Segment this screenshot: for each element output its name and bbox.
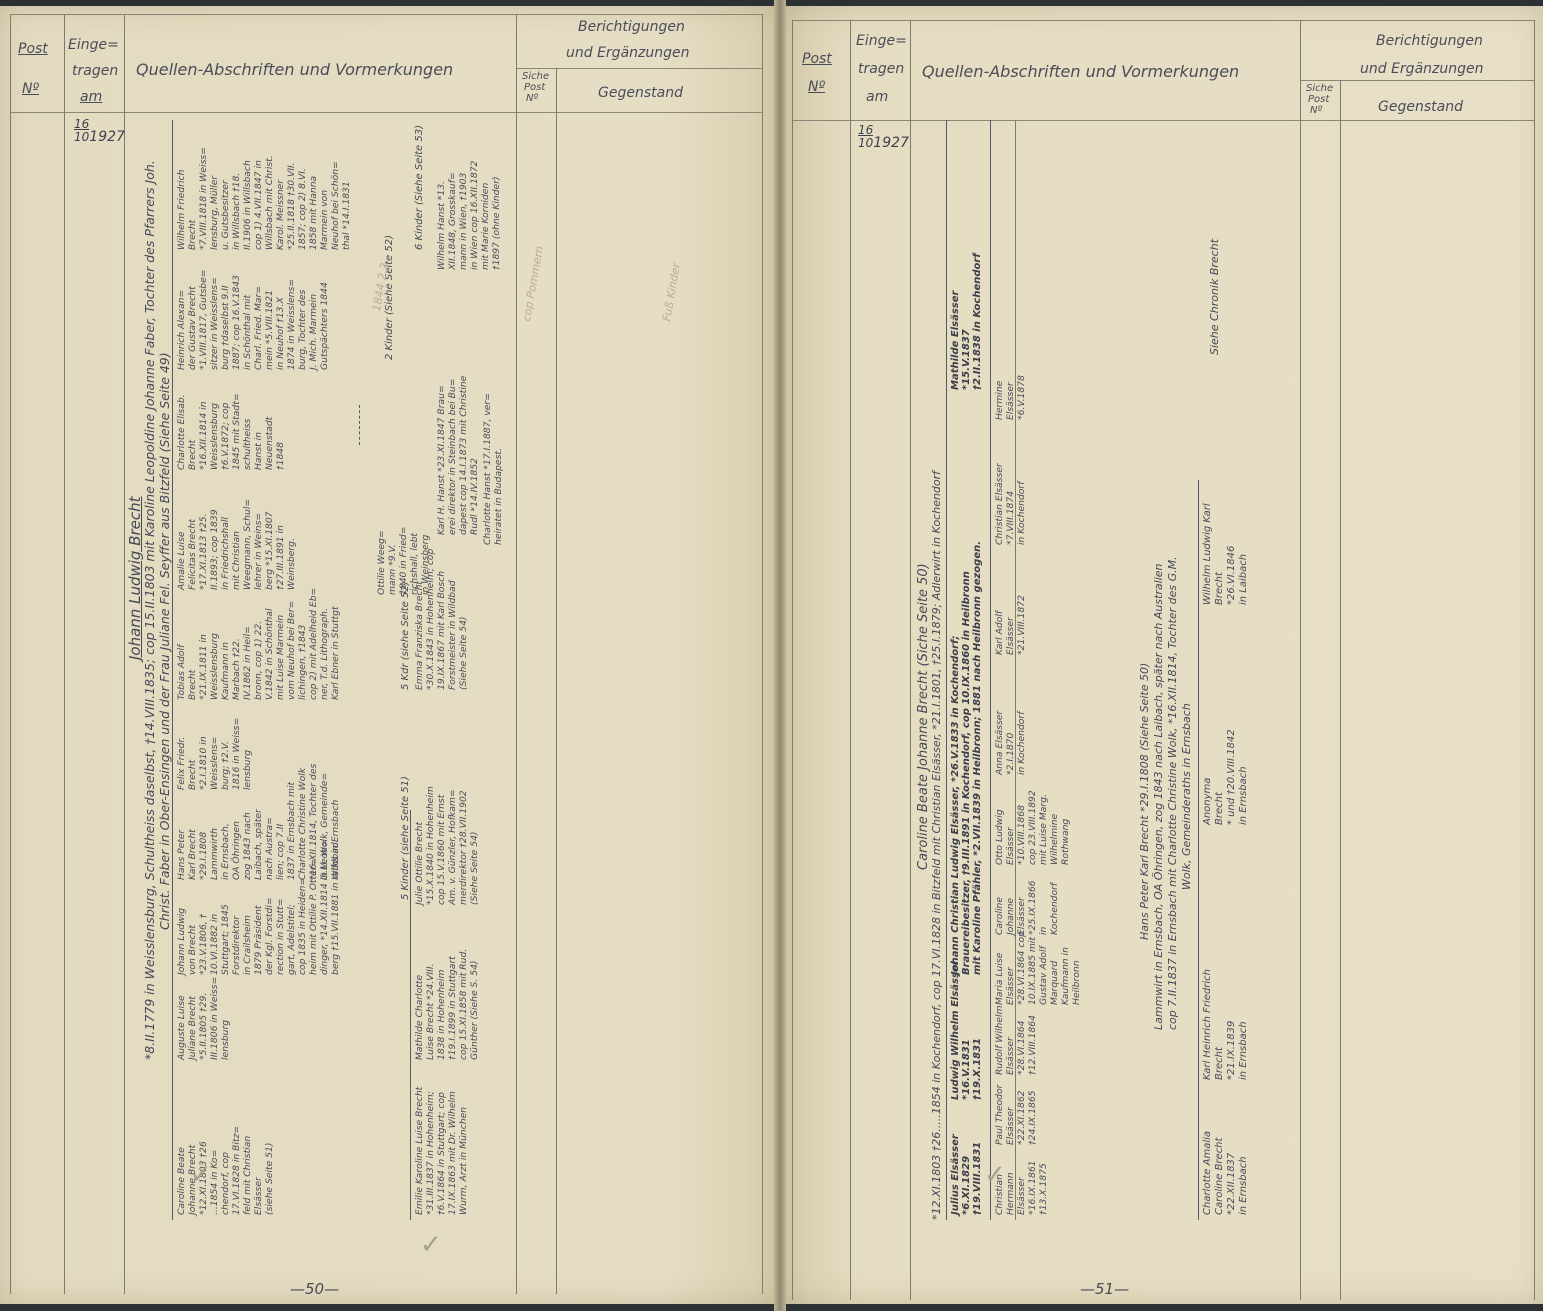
main-person-line2: Christ. Faber in Ober-Ensingen und der F… — [157, 352, 172, 930]
ottilie-weegmann: Ottilie Weeg= mann *9.V. 1840 in Fried= … — [376, 527, 431, 595]
header-berichtigungen-right: Berichtigungen — [1376, 34, 1483, 48]
f2-child-wilhelm-ludwig: Wilhelm Ludwig Karl Brecht *26.VI.1846 i… — [1202, 503, 1250, 605]
f1-child-ludwig-wilhelm: Ludwig Wilhelm Elsässer *16.V.1831 †19.X… — [950, 960, 983, 1100]
family2-line1: Lammwirt in Ernsbach, OA Öhringen, zog 1… — [1152, 564, 1165, 1031]
family1-name: Caroline Beate Johanne Brecht (Siche Sei… — [916, 563, 931, 870]
header-no-right: Nº — [808, 80, 825, 94]
family2-children-brace — [1198, 480, 1199, 1220]
page-number-right: —51— — [1080, 1280, 1129, 1298]
family2-name: Hans Peter Karl Brecht *29.I.1808 (Siehe… — [1138, 663, 1151, 940]
header-no: Nº — [22, 82, 39, 96]
f1-gc-hermine: Hermine Elsässer *6.V.1878 — [994, 375, 1027, 420]
header-siehe-no-right: Nº — [1310, 106, 1322, 117]
f1-gc-caroline-johanne: Caroline Johanne Elsässer *25.IX.1866 in… — [994, 880, 1060, 935]
brace-label-heinrich: 2 Kinder (Siehe Seite 52) — [384, 235, 395, 360]
header-berichtigungen: Berichtigungen — [578, 20, 685, 34]
left-page — [0, 6, 778, 1304]
header-ergaenzungen: und Ergänzungen — [566, 46, 690, 60]
f2-child-charlotte: Charlotte Amalia Caroline Brecht *22.XII… — [1202, 1131, 1250, 1215]
header-eingetragen-3: am — [80, 90, 102, 104]
checkmark-icon: ✓ — [190, 1160, 212, 1190]
header-ergaenzungen-right: und Ergänzungen — [1360, 62, 1484, 76]
header-quellen-right: Quellen-Abschriften und Vormerkungen — [922, 64, 1239, 80]
f1-child-johann-christian: Johann Christian Ludwig Elsässer, *26.V.… — [950, 541, 983, 975]
brace-label-wilhelm: 6 Kinder (Siehe Seite 53) — [414, 125, 425, 250]
brace-label-tobias: 5 Kdr (siehe Seite 52) — [400, 581, 411, 690]
book-gutter — [774, 0, 786, 1311]
header-post-right: Post — [802, 52, 832, 66]
child-wilhelm: Wilhelm Friedrich Brecht *7.VIII.1818 in… — [176, 147, 352, 250]
grandchild-julie: Julie Ottilie Brecht *15.X.1840 in Hohen… — [414, 786, 480, 905]
entry-date: 16101927 — [74, 118, 125, 146]
f2-child-anonyma: Anonyma Brecht * und †20.VIII.1842 in Er… — [1202, 729, 1250, 825]
header-eingetragen-right-3: am — [866, 90, 888, 104]
header-eingetragen-right-1: Einge= — [856, 34, 907, 48]
header-siehe-no: Nº — [526, 94, 538, 105]
child-tobias: Tobias Adolf Brecht *21.IX.1811 in Weiss… — [176, 588, 341, 700]
entry-month: 10 — [74, 129, 89, 144]
f1-child-julius: Julius Elsässer *6.XI.1829 †19.VIII.1831 — [950, 1134, 983, 1215]
header-gegenstand: Gegenstand — [598, 86, 683, 100]
header-siehe-right: Siche — [1306, 84, 1333, 95]
entry-year-right: 1927 — [873, 135, 909, 151]
f1-gc-christian: Christian Elsässer *7.VIII.1874 in Koche… — [994, 463, 1027, 545]
grandchildren-brace — [410, 810, 411, 1220]
f1-gc-karl-adolf: Karl Adolf Elsässer *21.VIII.1872 — [994, 595, 1027, 655]
grandchild-mathilde: Mathilde Charlotte Luise Brecht *24.VIII… — [414, 949, 480, 1060]
karl-hanst: Karl H. Hanst *23.XI.1847 Brau= erei dir… — [436, 376, 480, 535]
children-brace — [172, 120, 173, 1220]
family1-grandchildren-brace — [990, 120, 991, 1220]
header-post: Post — [18, 42, 48, 56]
family1-children-brace — [946, 120, 947, 1220]
checkmark-icon-2: ✓ — [420, 1230, 442, 1260]
dashed-connector — [359, 405, 360, 445]
wilhelm-hanst: Wilhelm Hanst *13. XII.1848, Grosskauf= … — [436, 161, 502, 270]
header-eingetragen-2: tragen — [72, 64, 118, 78]
family1-line: *12.XI.1803 †26.....1854 in Kochendorf, … — [930, 471, 943, 1220]
header-gegenstand-right: Gegenstand — [1378, 100, 1463, 114]
header-eingetragen-1: Einge= — [68, 38, 119, 52]
child-auguste: Auguste Luise Juliane Brecht *5.II.1805 … — [176, 977, 231, 1060]
child-amalie: Amalie Luise Felicitas Brecht *17.XI.181… — [176, 499, 297, 590]
main-person-line1: *8.II.1779 in Weisslensburg, Schultheiss… — [142, 160, 157, 1060]
header-siehe-post: Post — [524, 83, 545, 94]
f1-gc-rudolf-wilhelm: Rudolf Wilhelm Elsässer *28.VI.1864 †12.… — [994, 1005, 1038, 1075]
header-eingetragen-right-2: tragen — [858, 62, 904, 76]
child-felix: Felix Friedr. Brecht *2.I.1810 in Weissl… — [176, 718, 253, 790]
charlotte-hanst: Charlotte Hanst *17.I.1887, ver= heirate… — [482, 393, 504, 545]
family2-line3: Wolk, Gemeinderaths in Ernsbach — [1180, 703, 1193, 890]
page-number-left: —50— — [290, 1280, 339, 1298]
grandchild-emilie: Emilie Karoline Luise Brecht *31.III.183… — [414, 1087, 469, 1215]
chronik-note: Siehe Chronik Brecht — [1208, 239, 1221, 355]
header-quellen: Quellen-Abschriften und Vormerkungen — [136, 62, 453, 78]
header-siehe: Siche — [522, 72, 549, 83]
f2-child-karl-heinrich: Karl Heinrich Friedrich Brecht *21.IX.18… — [1202, 969, 1250, 1080]
entry-year: 1927 — [89, 129, 125, 145]
entry-month-right: 10 — [858, 135, 873, 150]
f1-gc-otto-ludwig: Otto Ludwig Elsässer *10.VIII.1868 cop 2… — [994, 790, 1071, 865]
family2-line2: cop 7.II.1837 in Ernsbach mit Charlotte … — [1166, 556, 1179, 1030]
entry-date-right: 16101927 — [858, 124, 909, 152]
f1-gc-maria-luise: Maria Luise Elsässer *28.VI.1864 cop 10.… — [994, 931, 1082, 1005]
header-siehe-post-right: Post — [1308, 95, 1329, 106]
f1-gc-anna: Anna Elsässer *2.I.1870 in Kochendorf — [994, 711, 1027, 775]
child-heinrich: Heinrich Alexan= der Gustav Brecht *1.VI… — [176, 270, 330, 370]
f1-gc-paul-theodor: Paul Theodor Elsässer *22.XI.1862 †24.IX… — [994, 1085, 1038, 1145]
checkmark-icon-right: ✓ — [984, 1160, 1006, 1190]
child-charlotte: Charlotte Elisab. Brecht *16.XII.1814 in… — [176, 393, 286, 470]
f1-child-mathilde: Mathilde Elsässer *15.V.1837 †2.II.1838 … — [950, 253, 983, 390]
